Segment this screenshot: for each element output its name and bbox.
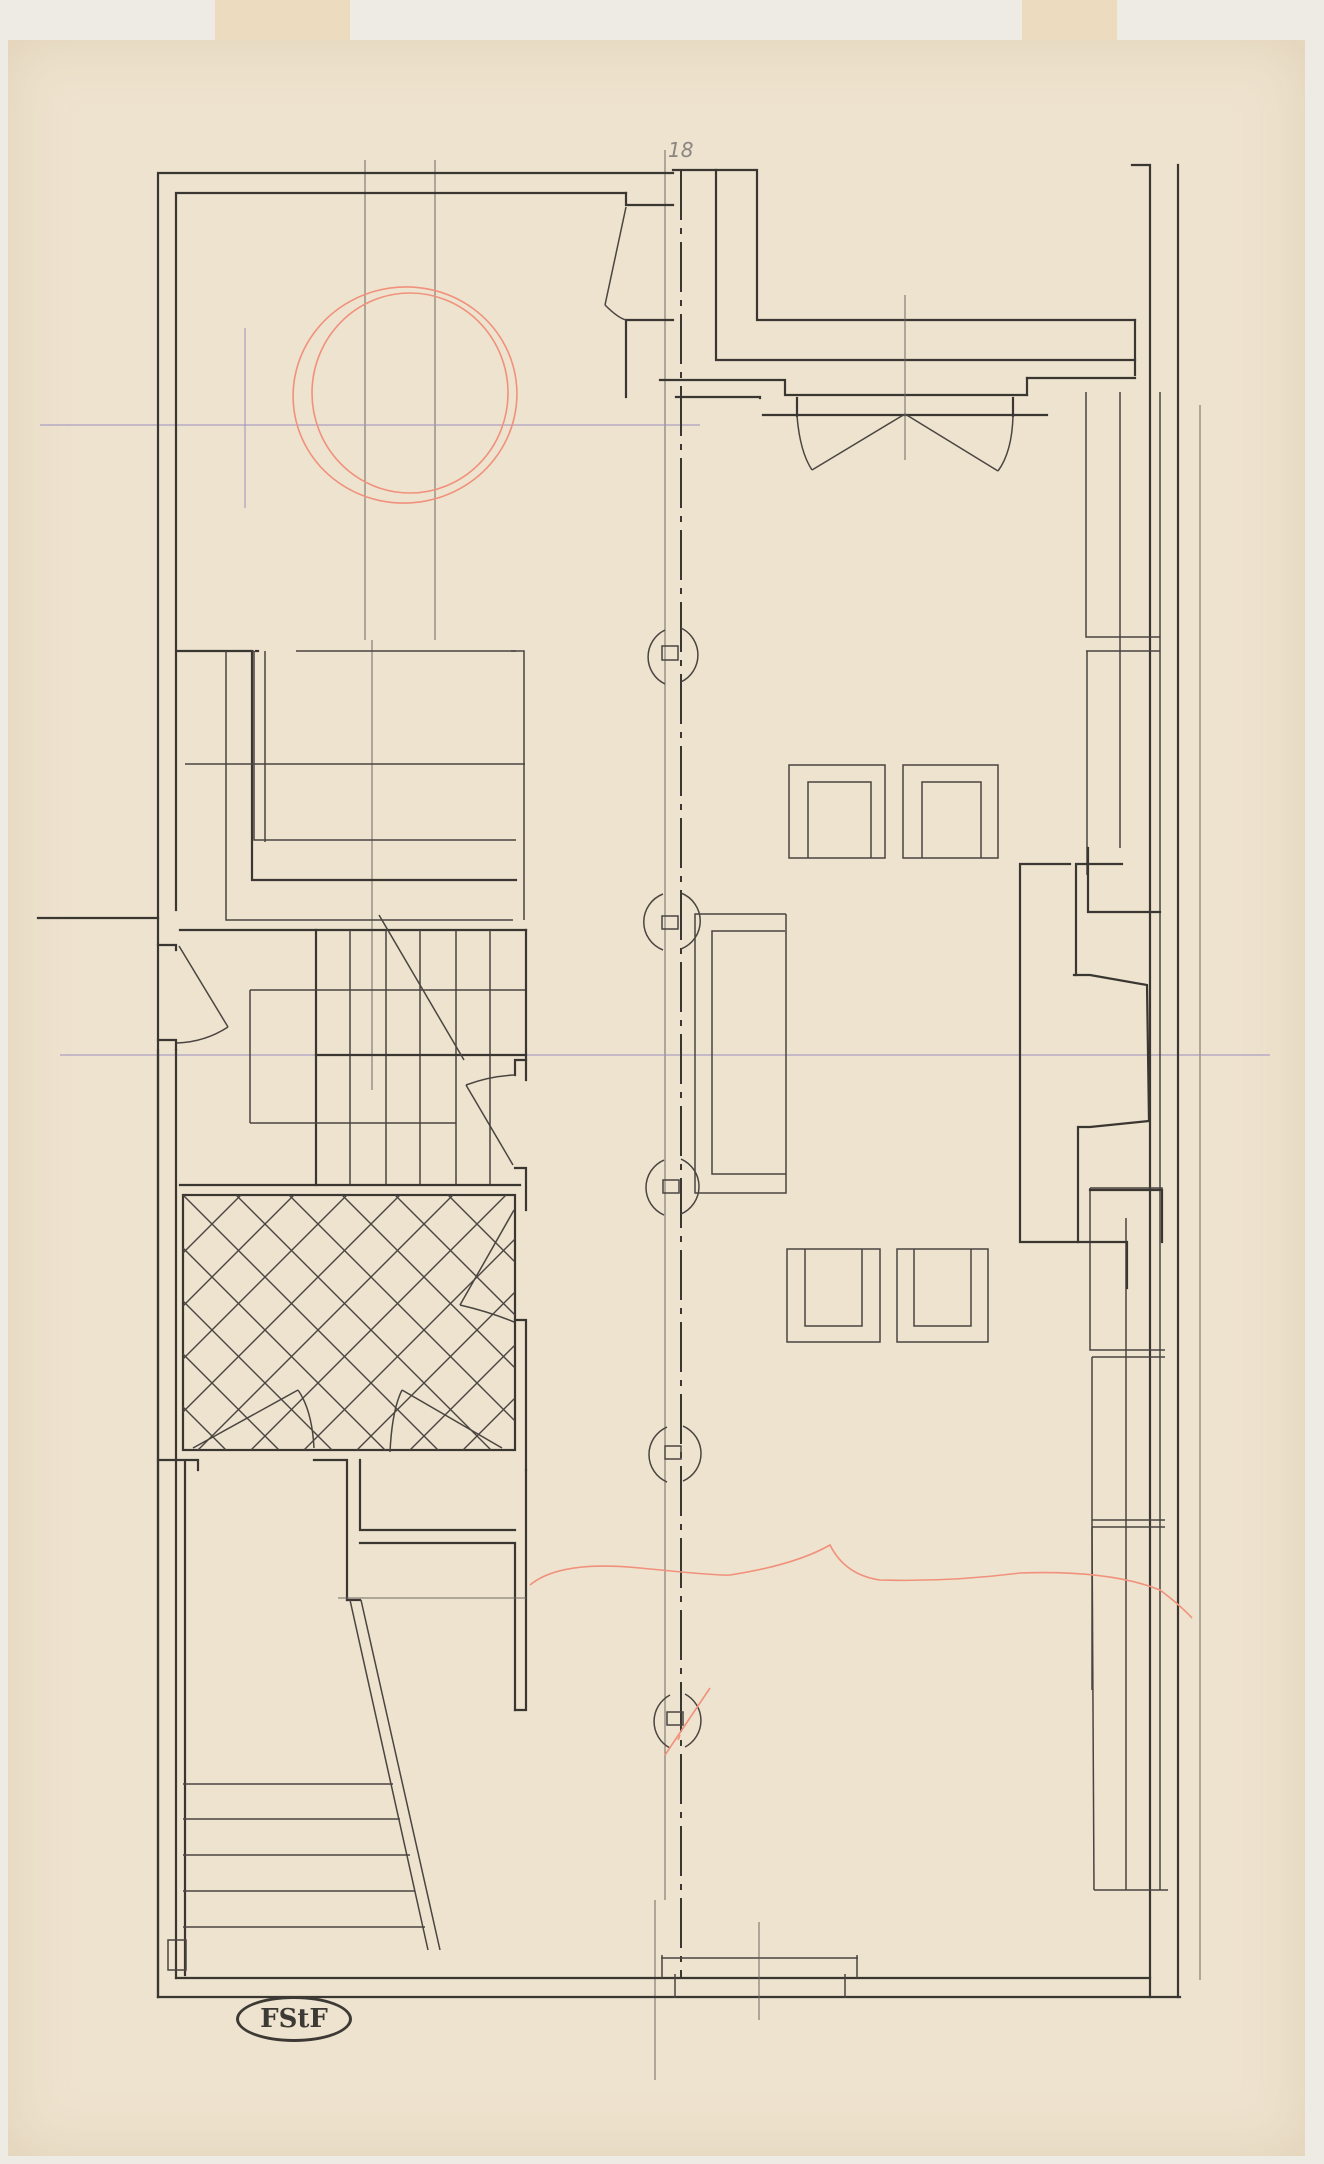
terrace-double-door	[763, 295, 1047, 471]
stamp-label: FStF	[260, 2004, 328, 2034]
column-4	[649, 1426, 701, 1482]
exterior-walls	[38, 165, 1180, 1997]
staircase-upper	[180, 915, 526, 1185]
armchair-top-left	[789, 765, 885, 858]
right-builtin-bench	[1086, 392, 1168, 1890]
lower-left-rooms	[158, 1460, 526, 1975]
collection-stamp: FStF	[236, 1996, 352, 2042]
left-l-bench	[177, 651, 525, 920]
column-5	[654, 1694, 701, 1748]
armchair-bottom-left	[787, 1249, 880, 1342]
upper-room-door	[605, 193, 673, 397]
staircase-lower	[168, 1600, 440, 1970]
armchairs	[787, 765, 998, 1342]
column-3	[646, 1159, 699, 1215]
tiled-vestibule	[0, 1195, 718, 1470]
armchair-bottom-right	[897, 1249, 988, 1342]
staircase-door	[466, 1060, 526, 1210]
bottom-window	[661, 1922, 858, 2020]
red-circle-sketch	[279, 272, 531, 517]
column-2	[644, 893, 700, 950]
fireplace	[1020, 848, 1162, 1288]
columns	[644, 628, 701, 1748]
sofa	[695, 914, 786, 1193]
floor-plan	[0, 0, 1324, 2164]
entry-door-left	[158, 945, 228, 1050]
armchair-top-right	[903, 765, 998, 858]
column-1	[648, 628, 698, 684]
sheet-number-annotation: 18	[668, 138, 693, 162]
